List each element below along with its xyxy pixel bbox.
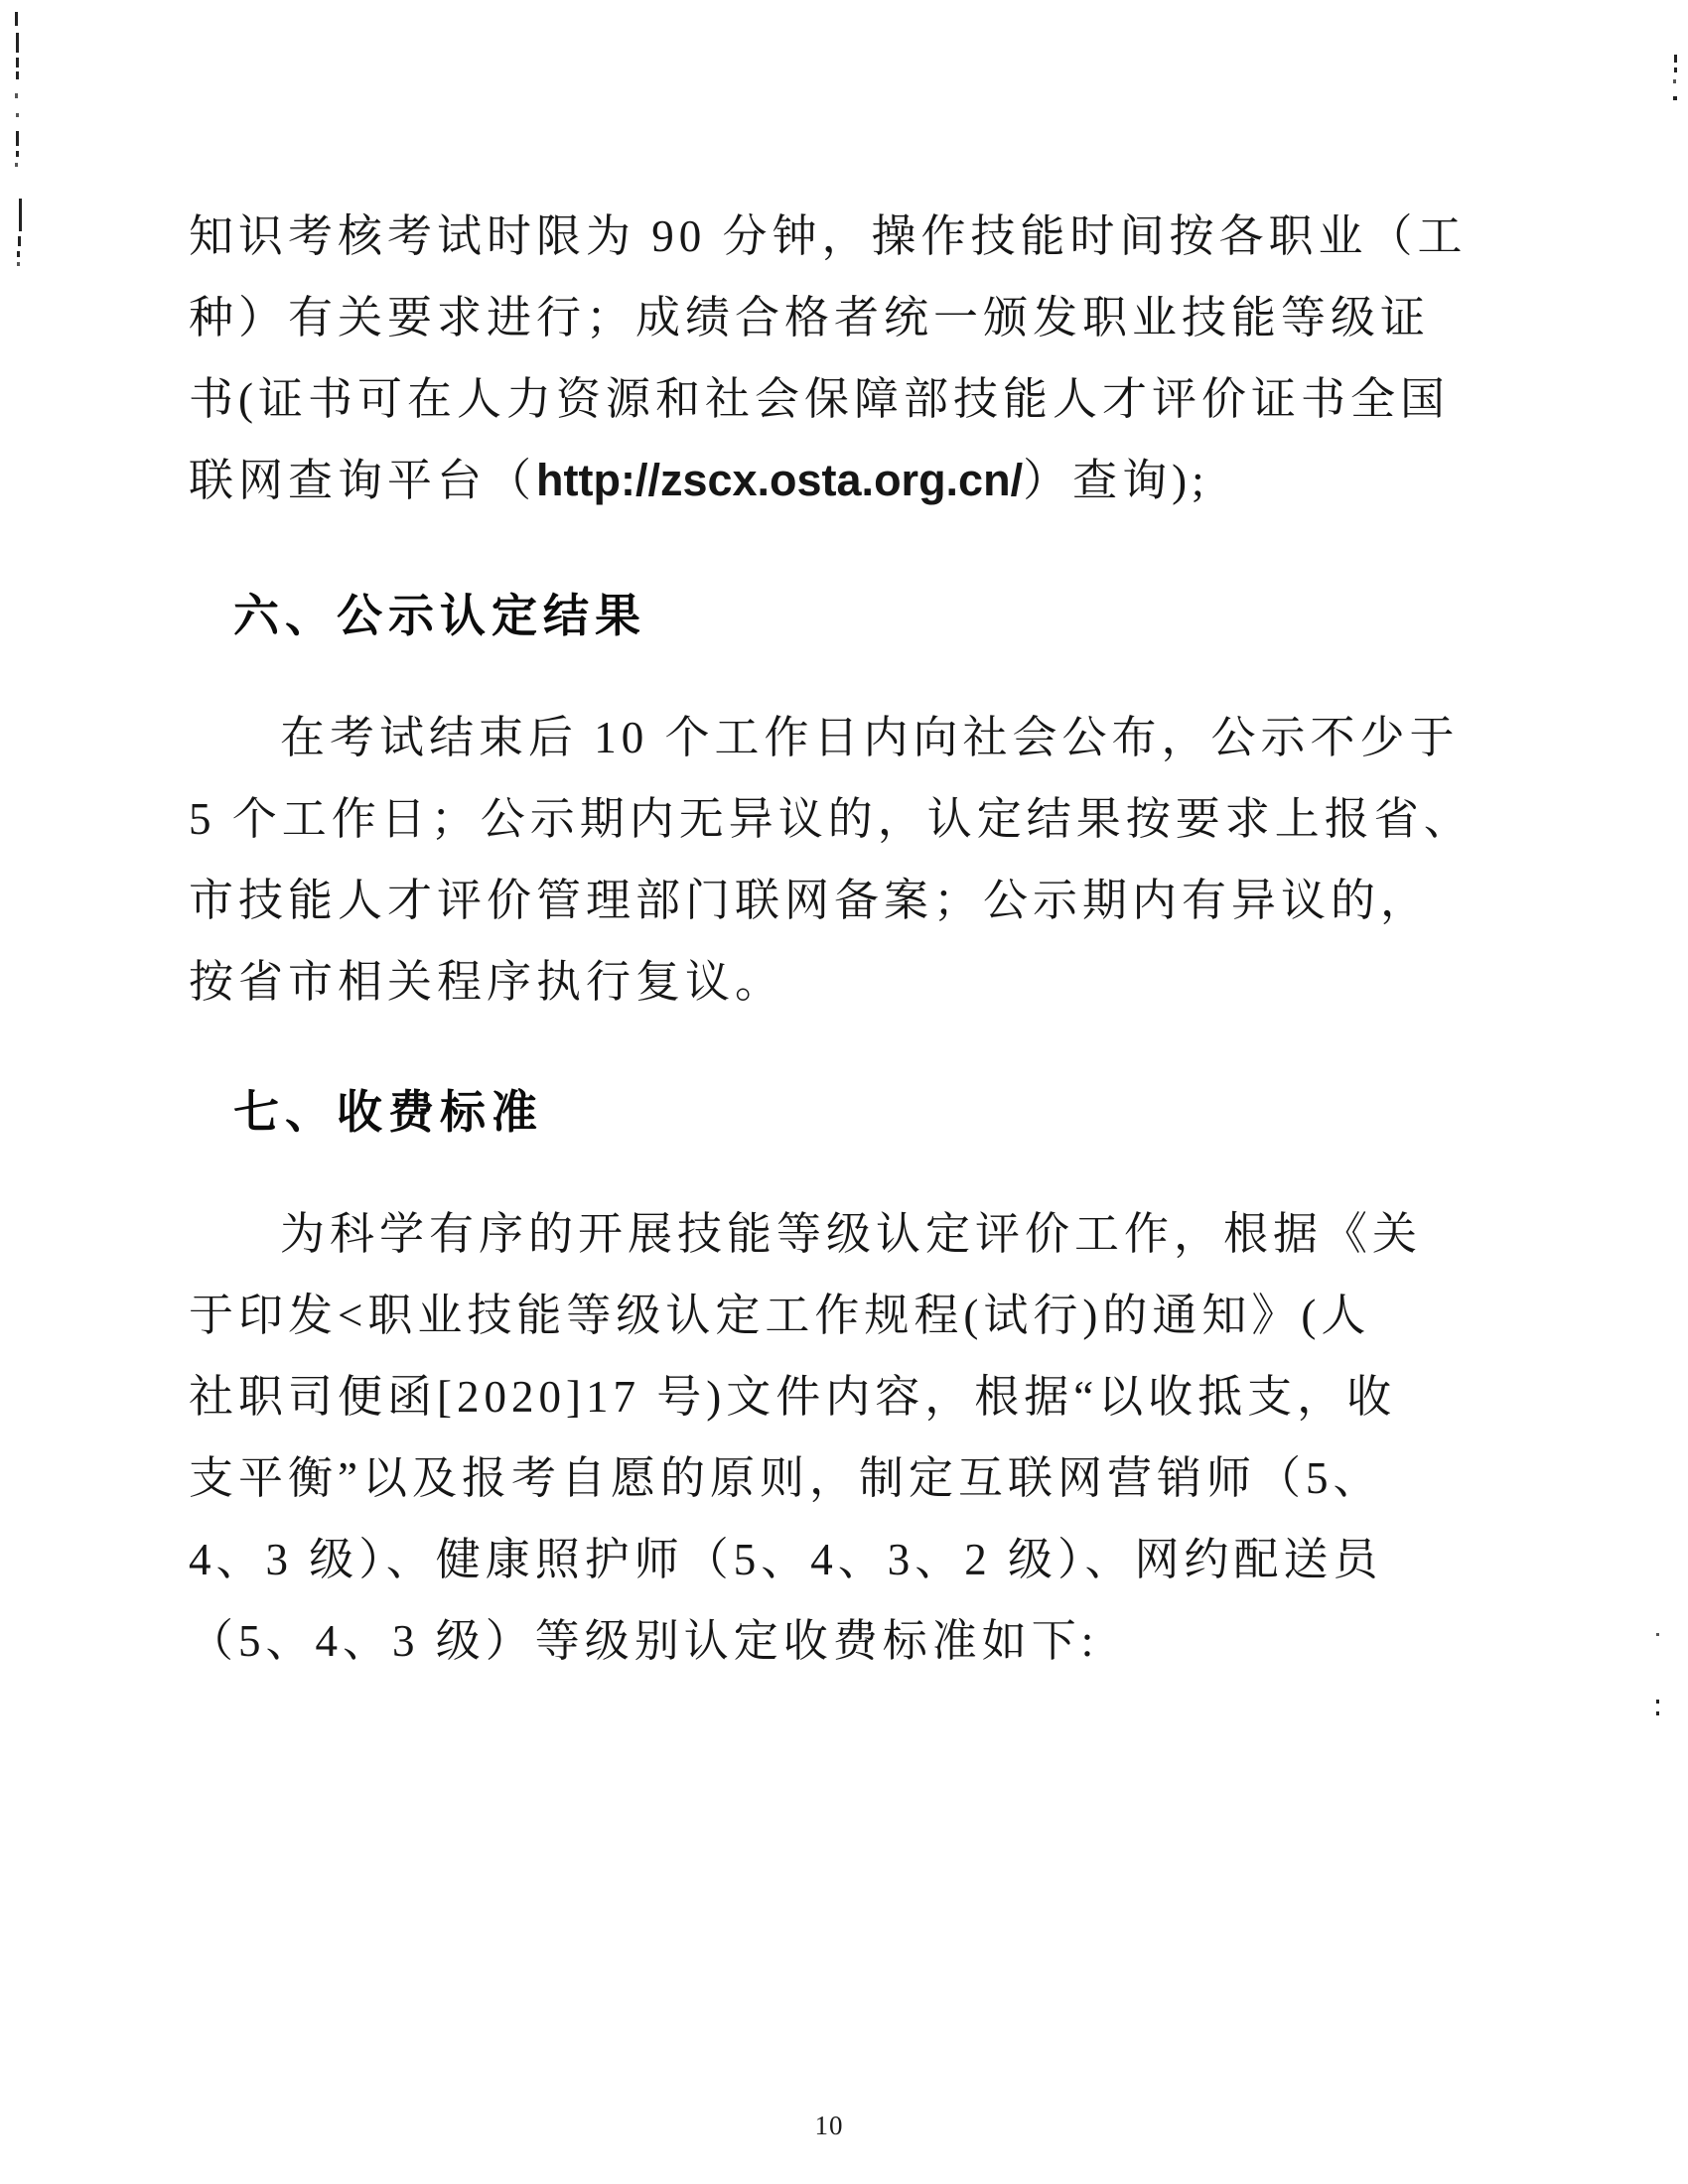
text-line: 种）有关要求进行；成绩合格者统一颁发职业技能等级证 [189,277,1504,358]
scan-artifact [1656,1711,1659,1715]
text-line: 于印发<职业技能等级认定工作规程(试行)的通知》(人 [189,1275,1504,1356]
text-line: （5、4、3 级）等级别认定收费标准如下: [189,1600,1504,1682]
scan-artifact [16,33,19,53]
scan-artifact [1673,79,1676,83]
paragraph-exam-certificate: 知识考核考试时限为 90 分钟，操作技能时间按各职业（工 种）有关要求进行；成绩… [189,196,1504,521]
text-line: 支平衡”以及报考自愿的原则，制定互联网营销师（5、 [189,1437,1504,1519]
url-line-prefix: 联网查询平台（ [189,456,536,505]
text-line: 5 个工作日；公示期内无异议的，认定结果按要求上报省、 [189,778,1504,860]
certificate-query-url: http://zscx.osta.org.cn/ [536,455,1023,505]
text-line: 市技能人才评价管理部门联网备案；公示期内有异议的， [189,860,1504,941]
scan-artifact [15,163,18,167]
text-line: 按省市相关程序执行复议。 [189,941,1504,1023]
text-line: 社职司便函[2020]17 号)文件内容，根据“以收抵支，收 [189,1356,1504,1437]
scan-artifact [15,12,18,26]
scan-artifact [1674,55,1677,63]
paragraph-publicity-results: 在考试结束后 10 个工作日内向社会公布，公示不少于 5 个工作日；公示期内无异… [189,697,1504,1023]
section-heading-publicity-results: 六、公示认定结果 [189,586,1504,645]
scan-artifact [17,251,20,257]
scan-artifact [19,199,22,231]
scan-artifact [1673,96,1677,100]
scan-artifact [17,262,20,266]
page-number: 10 [815,2111,844,2140]
scan-artifact [1656,1700,1659,1704]
text-line: 联网查询平台（http://zscx.osta.org.cn/）查询); [189,440,1504,521]
scan-artifact [16,131,19,146]
section-heading-fee-standard: 七、收费标准 [189,1082,1504,1142]
scan-artifact [18,236,21,246]
scan-artifact [1656,1633,1659,1636]
text-line: 为科学有序的开展技能等级认定评价工作，根据《关 [189,1193,1504,1275]
url-line-suffix: ）查询); [1023,456,1209,505]
text-line: 4、3 级）、健康照护师（5、4、3、2 级）、网约配送员 [189,1519,1504,1600]
scan-artifact [15,93,18,98]
scan-artifact [16,113,19,117]
document-page: 知识考核考试时限为 90 分钟，操作技能时间按各职业（工 种）有关要求进行；成绩… [0,0,1688,2184]
text-line: 在考试结束后 10 个工作日内向社会公布，公示不少于 [189,697,1504,778]
paragraph-fee-standard: 为科学有序的开展技能等级认定评价工作，根据《关 于印发<职业技能等级认定工作规程… [189,1193,1504,1682]
text-line: 书(证书可在人力资源和社会保障部技能人才评价证书全国 [189,358,1504,440]
scan-artifact [16,58,19,68]
scan-artifact [16,151,19,157]
page-footer: 10 [0,2109,1658,2142]
scan-artifact [1674,68,1677,72]
text-line: 知识考核考试时限为 90 分钟，操作技能时间按各职业（工 [189,196,1504,277]
scan-artifact [16,71,19,79]
page-content: 知识考核考试时限为 90 分钟，操作技能时间按各职业（工 种）有关要求进行；成绩… [189,196,1504,1682]
